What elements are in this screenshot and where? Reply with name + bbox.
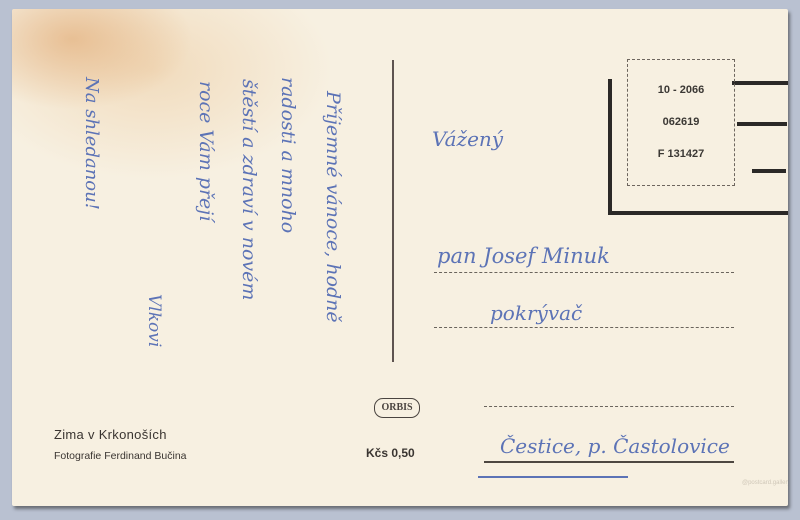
message-signature: Vlkovi [144, 294, 164, 347]
address-line-2: pokrývač [490, 301, 582, 325]
message-col-4: roce Vám přejí [195, 81, 217, 221]
water-stain [12, 9, 372, 269]
address-rule-3 [484, 406, 734, 407]
orbis-logo: ORBIS [374, 398, 420, 418]
address-rule-1 [434, 272, 734, 273]
caption-photographer: Fotografie Ferdinand Bučina [54, 450, 187, 462]
postmark-bar [752, 169, 786, 173]
address-line-1: pan Josef Minuk [437, 244, 610, 268]
imprint-line-3: F 131427 [628, 148, 734, 160]
address-rule-4 [484, 461, 734, 463]
message-col-3: štěstí a zdraví v novém [238, 79, 260, 300]
message-col-1: Příjemné vánoce, hodně [322, 91, 344, 323]
address-line-3: Čestice, p. Častolovice [500, 434, 730, 458]
address-rule-2 [434, 327, 734, 328]
watermark: @postcard.gallery [742, 480, 788, 486]
address-salutation: Vážený [432, 127, 503, 151]
center-divider [392, 60, 394, 362]
imprint-box: 10 - 2066 062619 F 131427 [627, 59, 735, 186]
ink-underline [478, 476, 628, 478]
postmark-bar [737, 122, 787, 126]
message-col-2: radosti a mnoho [277, 77, 299, 233]
caption-title: Zima v Krkonoších [54, 427, 167, 442]
imprint-line-1: 10 - 2066 [628, 84, 734, 96]
postmark-bar [732, 81, 788, 85]
price-label: Kčs 0,50 [366, 446, 415, 460]
imprint-line-2: 062619 [628, 116, 734, 128]
message-col-6: Na shledanou! [81, 77, 102, 210]
postcard-back: Příjemné vánoce, hodně radosti a mnoho š… [12, 9, 788, 506]
